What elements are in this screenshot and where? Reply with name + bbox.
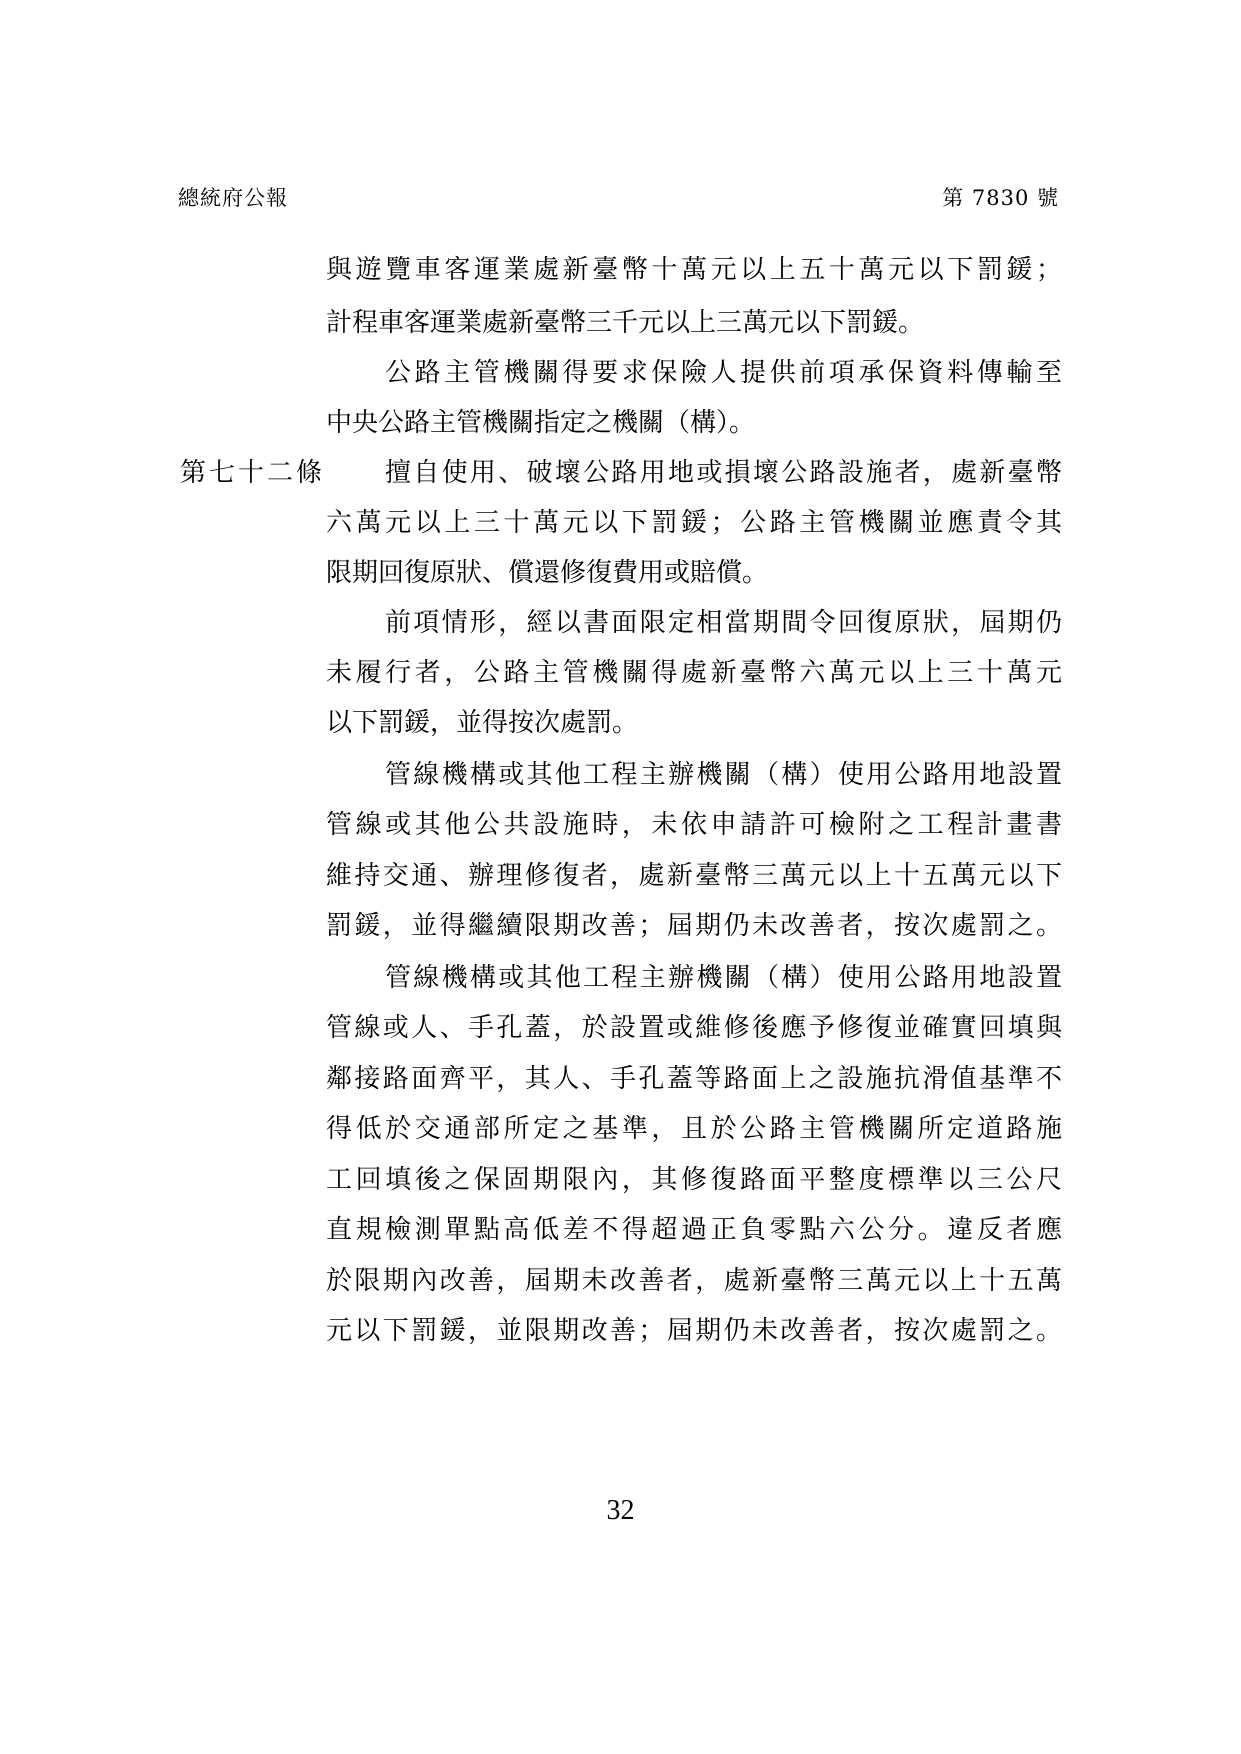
text-line: 管線機構或其他工程主辦機關（構）使用公路用地設置 [385, 960, 1062, 996]
text-line: 管線機構或其他工程主辦機關（構）使用公路用地設置 [385, 757, 1062, 793]
text-line: 得低於交通部所定之基準，且於公路主管機關所定道路施 [326, 1111, 1062, 1147]
text-line: 未履行者，公路主管機關得處新臺幣六萬元以上三十萬元 [326, 655, 1062, 691]
article-label: 第七十二條 [180, 455, 325, 491]
text-line: 元以下罰鍰，並限期改善；屆期仍未改善者，按次處罰之。 [326, 1313, 1062, 1349]
text-line: 鄰接路面齊平，其人、手孔蓋等路面上之設施抗滑值基準不 [326, 1061, 1062, 1097]
text-line: 與遊覽車客運業處新臺幣十萬元以上五十萬元以下罰鍰； [326, 252, 1062, 288]
text-line: 於限期內改善，屆期未改善者，處新臺幣三萬元以上十五萬 [326, 1263, 1062, 1299]
text-line: 維持交通、辦理修復者，處新臺幣三萬元以上十五萬元以下 [326, 858, 1062, 894]
page-number: 32 [0, 1494, 1241, 1528]
text-line: 以下罰鍰，並得按次處罰。 [326, 705, 1062, 741]
text-line: 限期回復原狀、償還修復費用或賠償。 [326, 555, 1062, 591]
text-line: 工回填後之保固期限內，其修復路面平整度標準以三公尺 [326, 1162, 1062, 1198]
text-line: 公路主管機關得要求保險人提供前項承保資料傳輸至 [385, 355, 1062, 391]
publication-title: 總統府公報 [178, 183, 288, 213]
text-line: 計程車客運業處新臺幣三千元以上三萬元以下罰鍰。 [326, 305, 1062, 341]
text-line: 管線或其他公共設施時，未依申請許可檢附之工程計畫書 [326, 807, 1062, 843]
issue-number: 第 7830 號 [942, 183, 1059, 213]
text-line: 中央公路主管機關指定之機關（構）。 [326, 405, 1062, 441]
text-line: 罰鍰，並得繼續限期改善；屆期仍未改善者，按次處罰之。 [326, 908, 1062, 944]
text-line: 管線或人、手孔蓋，於設置或維修後應予修復並確實回填與 [326, 1010, 1062, 1046]
text-line: 前項情形，經以書面限定相當期間令回復原狀，屆期仍 [385, 605, 1062, 641]
text-line: 六萬元以上三十萬元以下罰鍰；公路主管機關並應責令其 [326, 505, 1062, 541]
text-line: 擅自使用、破壞公路用地或損壞公路設施者，處新臺幣 [385, 455, 1062, 491]
text-line: 直規檢測單點高低差不得超過正負零點六公分。違反者應 [326, 1212, 1062, 1248]
